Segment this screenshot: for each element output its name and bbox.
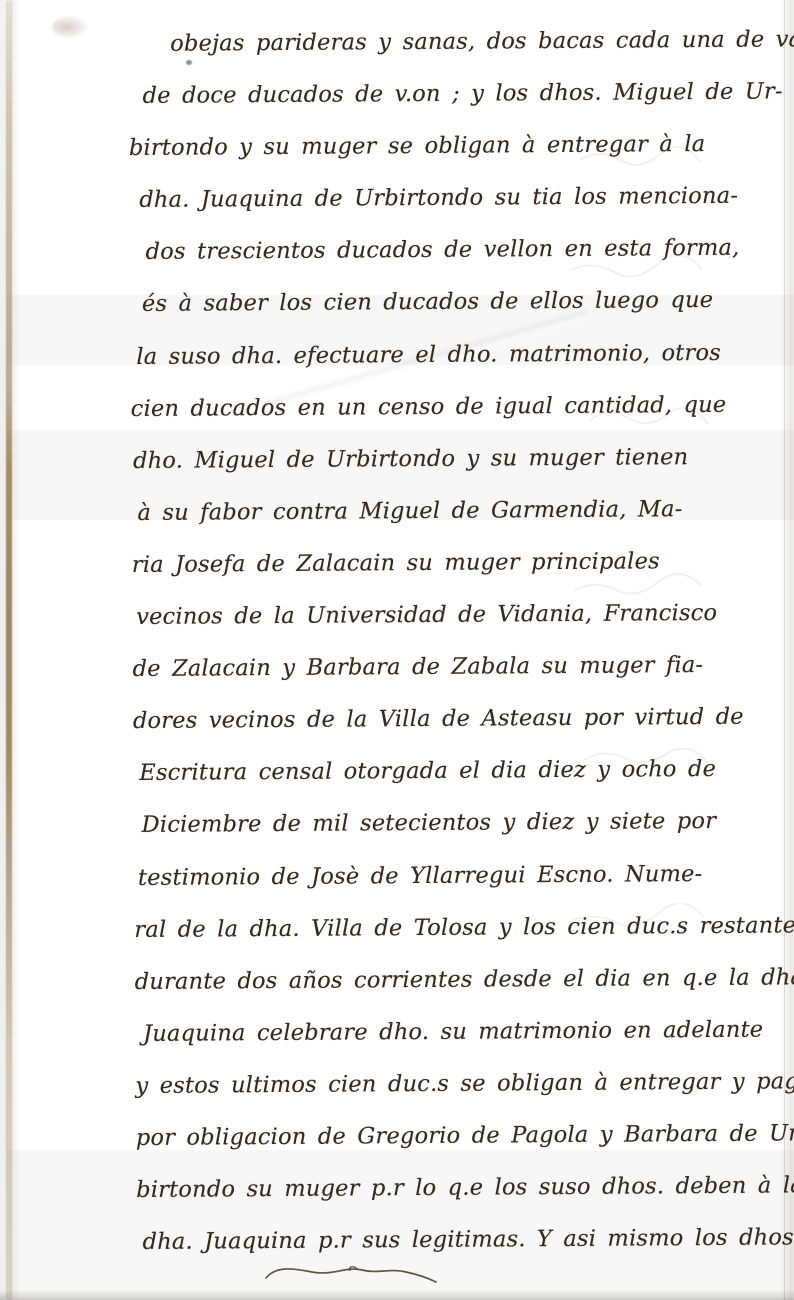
manuscript-line: vecinos de la Universidad de Vidania, Fr… [132,586,780,643]
manuscript-line: de doce ducados de v.on ; y los dhos. Mi… [128,66,776,123]
manuscript-line: por obligacion de Gregorio de Pagola y B… [136,1107,784,1164]
manuscript-line: dha. Juaquina p.r sus legitimas. Y asi m… [136,1212,784,1269]
manuscript-line: és à saber los cien ducados de ellos lue… [130,274,778,331]
manuscript-line: Diciembre de mil setecientos y diez y si… [133,795,781,852]
manuscript-line: de Zalacain y Barbara de Zabala su muger… [132,639,780,696]
manuscript-line: dho. Miguel de Urbirtondo y su muger tie… [131,430,779,487]
manuscript-line: dores vecinos de la Villa de Asteasu por… [133,691,781,748]
manuscript-line: birtondo y su muger se obligan à entrega… [129,118,777,175]
ink-smudge [52,16,88,38]
manuscript-line: testimonio de Josè de Yllarregui Escno. … [134,847,782,904]
manuscript-line: birtondo su muger p.r lo q.e los suso dh… [136,1160,784,1217]
manuscript-line: durante dos años corrientes desde el dia… [135,951,783,1008]
manuscript-line: Juaquina celebrare dho. su matrimonio en… [135,1003,783,1060]
manuscript-line: cien ducados en un censo de igual cantid… [131,378,779,435]
manuscript-line: dha. Juaquina de Urbirtondo su tia los m… [129,170,777,227]
manuscript-scan-page: obejas parideras y sanas, dos bacas cada… [0,0,794,1300]
manuscript-line: dos trescientos ducados de vellon en est… [129,222,777,279]
manuscript-line: obejas parideras y sanas, dos bacas cada… [128,13,776,70]
manuscript-line: ria Josefa de Zalacain su muger principa… [132,534,780,591]
scan-bottom-shadow [0,1290,794,1300]
manuscript-text-block: obejas parideras y sanas, dos bacas cada… [128,13,785,1268]
page-right-edge-line [784,0,785,1300]
flourish-line [262,1258,442,1288]
deckle-edge [0,0,20,1300]
manuscript-line: ral de la dha. Villa de Tolosa y los cie… [134,899,782,956]
deckle-soft-shadow [11,0,20,1300]
manuscript-line: la suso dha. efectuare el dho. matrimoni… [130,326,778,383]
manuscript-line: y estos ultimos cien duc.s se obligan à … [135,1055,783,1112]
manuscript-line: à su fabor contra Miguel de Garmendia, M… [131,482,779,539]
manuscript-line: Escritura censal otorgada el dia diez y … [133,743,781,800]
